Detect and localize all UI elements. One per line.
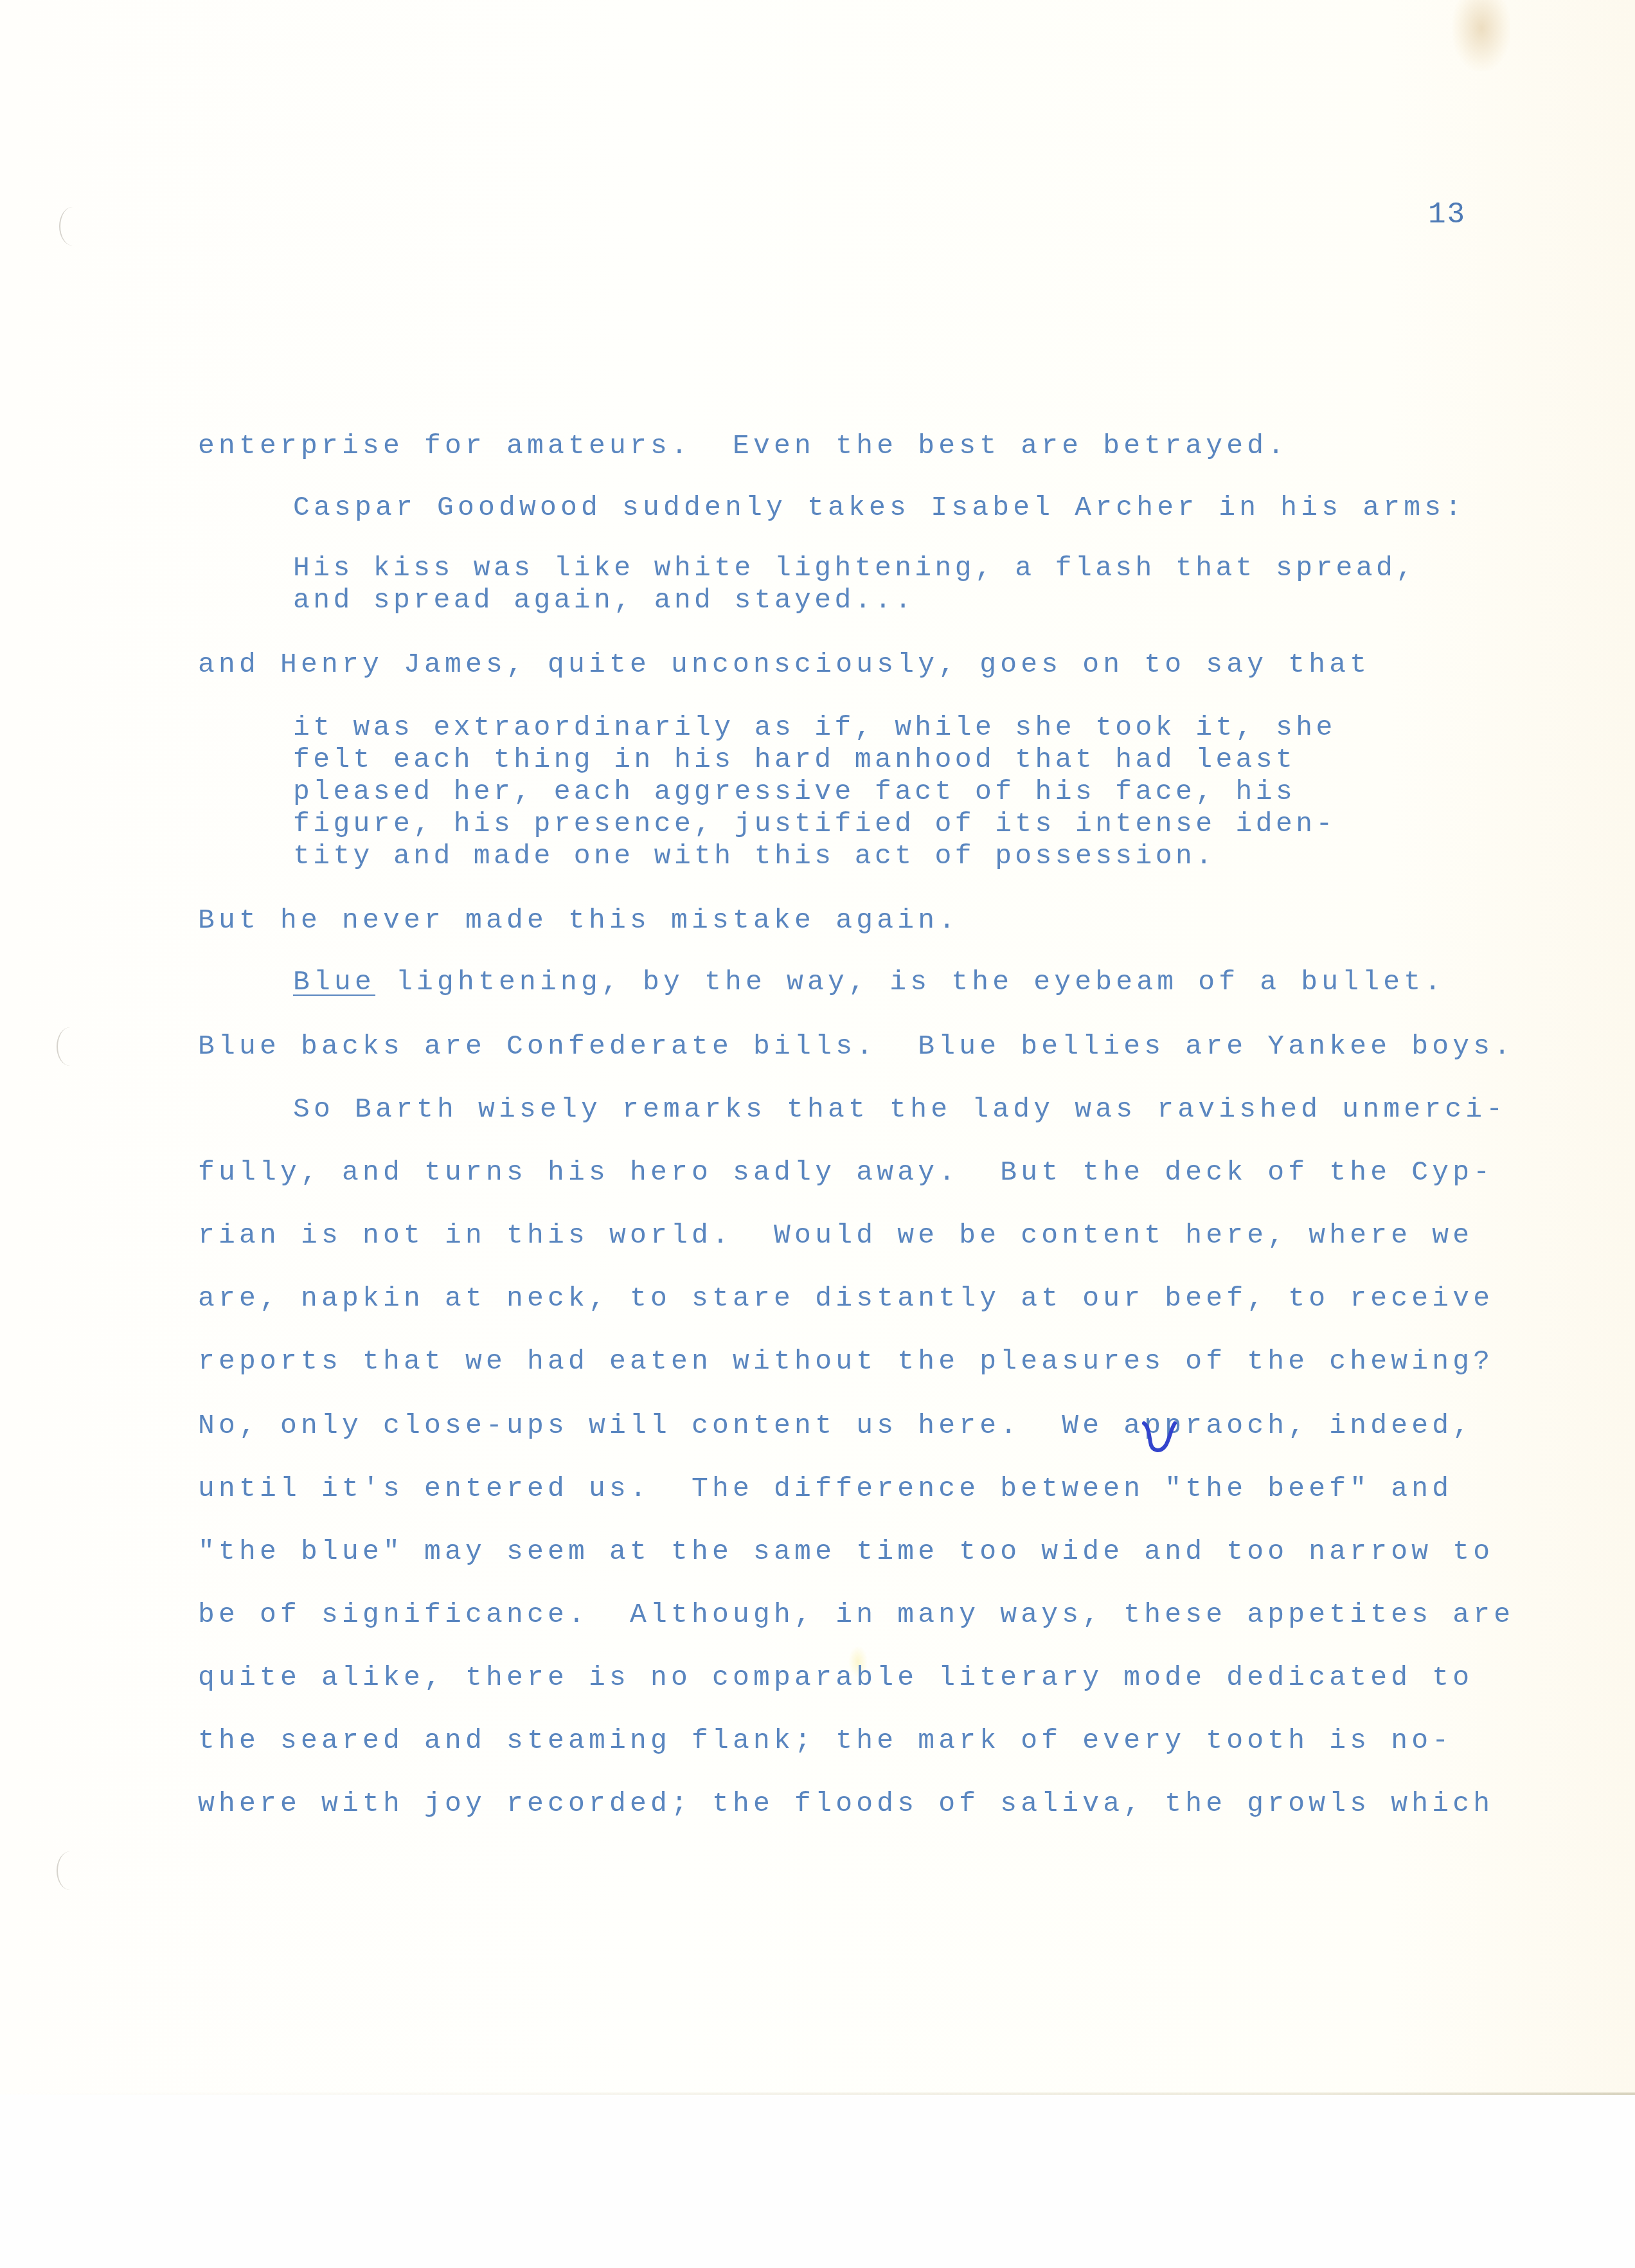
punch-hole-mark-bottom	[57, 1851, 84, 1890]
block-quote-line: His kiss was like white lightening, a fl…	[293, 554, 1416, 582]
text-line: No, only close-ups will content us here.…	[198, 1412, 1473, 1439]
text-line: where with joy recorded; the floods of s…	[198, 1790, 1494, 1817]
page-number: 13	[1428, 198, 1466, 231]
text-line: fully, and turns his hero sadly away. Bu…	[198, 1158, 1494, 1186]
punch-hole-mark-middle	[57, 1027, 84, 1066]
text-line: Caspar Goodwood suddenly takes Isabel Ar…	[293, 494, 1465, 521]
text-line: and Henry James, quite unconsciously, go…	[198, 651, 1370, 678]
text-line: the seared and steaming flank; the mark …	[198, 1727, 1452, 1754]
text-line: enterprise for amateurs. Even the best a…	[198, 432, 1288, 460]
handwritten-transposition-mark-icon	[1139, 1419, 1177, 1458]
text-line: until it's entered us. The difference be…	[198, 1475, 1452, 1502]
block-quote-line: felt each thing in his hard manhood that…	[293, 746, 1296, 773]
block-quote-line: tity and made one with this act of posse…	[293, 842, 1215, 870]
paper-edge	[0, 2092, 1635, 2095]
text-line: "the blue" may seem at the same time too…	[198, 1538, 1494, 1565]
text-line: be of significance. Although, in many wa…	[198, 1601, 1514, 1628]
text-line-with-underline: Blue lightening, by the way, is the eyeb…	[293, 968, 1445, 996]
block-quote-line: pleased her, each aggressive fact of his…	[293, 778, 1296, 806]
text-line: reports that we had eaten without the pl…	[198, 1347, 1494, 1375]
text-run: lightening, by the way, is the eyebeam o…	[375, 966, 1445, 998]
text-line: But he never made this mistake again.	[198, 906, 959, 934]
text-line: rian is not in this world. Would we be c…	[198, 1221, 1473, 1249]
text-line: So Barth wisely remarks that the lady wa…	[293, 1095, 1506, 1123]
punch-hole-mark-top	[59, 207, 86, 246]
text-line: quite alike, there is no comparable lite…	[198, 1664, 1473, 1691]
underlined-word: Blue	[293, 966, 375, 998]
paper-stain	[1452, 0, 1510, 71]
block-quote-line: figure, his presence, justified of its i…	[293, 810, 1336, 838]
text-line: are, napkin at neck, to stare distantly …	[198, 1284, 1494, 1312]
text-line: Blue backs are Confederate bills. Blue b…	[198, 1032, 1514, 1060]
block-quote-line: it was extraordinarily as if, while she …	[293, 714, 1336, 741]
block-quote-line: and spread again, and stayed...	[293, 586, 915, 614]
